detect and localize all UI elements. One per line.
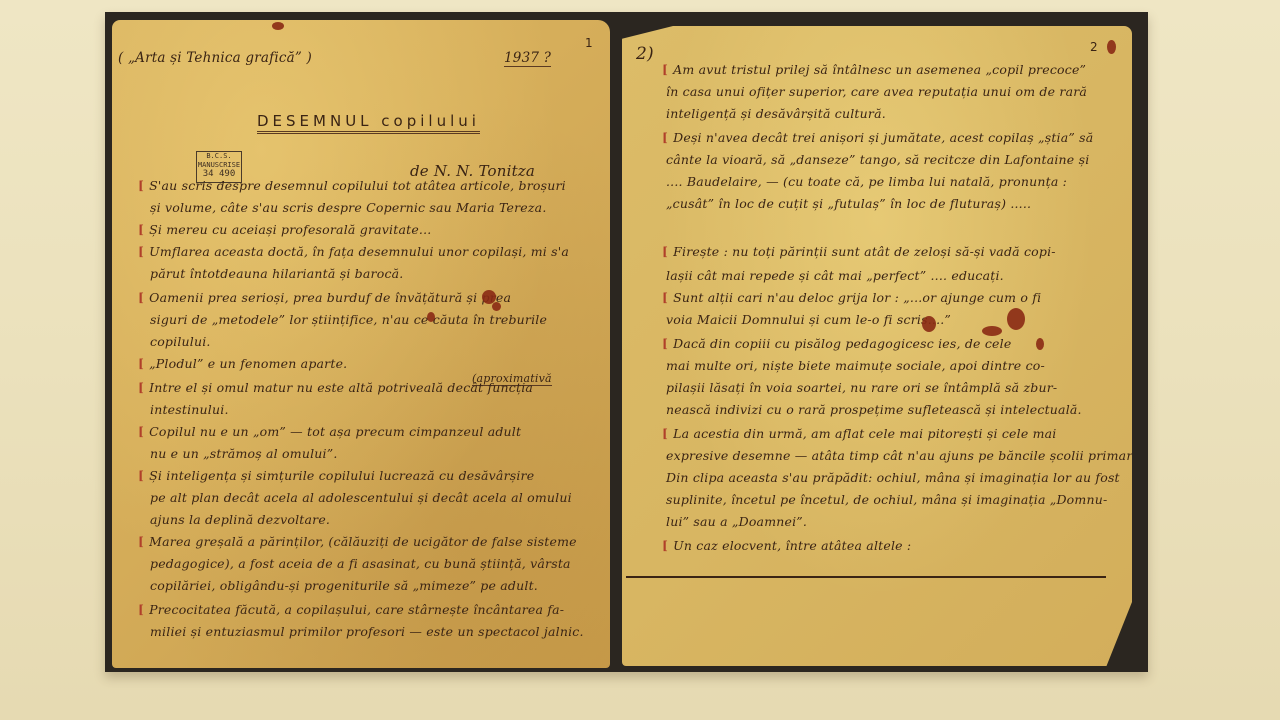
line-text: pedagogice), a fost aceia de a fi asasin… — [150, 556, 571, 571]
line-text: și volume, câte s'au scris despre Copern… — [150, 200, 547, 215]
line-text: La acestia din urmă, am aflat cele mai p… — [673, 426, 1056, 441]
line-text: „cusât” în loc de cuțit și „futulaș” în … — [666, 196, 1031, 211]
line-text: inteligență și desăvârșită cultură. — [666, 106, 886, 121]
section-marker: 2) — [636, 44, 654, 64]
line-text: siguri de „metodele” lor științifice, n'… — [150, 312, 547, 327]
manuscript-line: pilașii lăsați în voia soartei, nu rare … — [666, 380, 1057, 395]
line-text: Sunt alții cari n'au deloc grija lor : „… — [673, 290, 1041, 305]
line-text: miliei și entuziasmul primilor profesori… — [150, 624, 584, 639]
line-text: pilașii lăsați în voia soartei, nu rare … — [666, 380, 1057, 395]
paragraph-bracket-mark: [ — [138, 534, 144, 549]
manuscript-line: mai multe ori, niște biete maimuțe socia… — [666, 358, 1045, 373]
manuscript-line: lașii cât mai repede și cât mai „perfect… — [666, 268, 1004, 283]
manuscript-line: [Firește : nu toți părinții sunt atât de… — [662, 244, 1056, 259]
manuscript-line: și volume, câte s'au scris despre Copern… — [150, 200, 547, 215]
page-number: 1 — [585, 36, 593, 50]
line-text: Un caz elocvent, între atâtea altele : — [673, 538, 911, 553]
line-text: nească indivizi cu o rară prospețime suf… — [666, 402, 1082, 417]
manuscript-title: DESEMNUL copilului — [257, 112, 480, 134]
manuscript-line: în casa unui ofițer superior, care avea … — [666, 84, 1087, 99]
line-text: voia Maicii Domnului și cum le-o fi scri… — [666, 312, 951, 327]
ink-stain — [982, 326, 1002, 336]
ink-stain — [427, 312, 435, 322]
manuscript-line: ajuns la deplină dezvoltare. — [150, 512, 330, 527]
manuscript-line: părut întotdeauna hilariantă și barocă. — [150, 266, 403, 281]
line-text: ajuns la deplină dezvoltare. — [150, 512, 330, 527]
line-text: cânte la vioară, să „danseze” tango, să … — [666, 152, 1089, 167]
line-text: intestinului. — [150, 402, 229, 417]
page-number: 2 — [1090, 40, 1098, 54]
ink-stain — [1036, 338, 1044, 350]
paragraph-bracket-mark: [ — [138, 356, 144, 371]
publication-note: ( „Arta și Tehnica grafică” ) — [118, 50, 312, 66]
line-text: Oamenii prea serioși, prea burduf de înv… — [149, 290, 511, 305]
line-text: Am avut tristul prilej să întâlnesc un a… — [673, 62, 1086, 77]
paragraph-bracket-mark: [ — [662, 336, 668, 351]
line-text: Dacă din copiii cu pisălog pedagogicesc … — [673, 336, 1011, 351]
paragraph-bracket-mark: [ — [138, 244, 144, 259]
line-text: în casa unui ofițer superior, care avea … — [666, 84, 1087, 99]
manuscript-line: pedagogice), a fost aceia de a fi asasin… — [150, 556, 571, 571]
paragraph-bracket-mark: [ — [138, 222, 144, 237]
manuscript-line: copilăriei, obligându-și progeniturile s… — [150, 578, 538, 593]
manuscript-line: [„Plodul” e un fenomen aparte. — [138, 356, 347, 371]
manuscript-line: pe alt plan decât acela al adolescentulu… — [150, 490, 572, 505]
manuscript-line: suplinite, încetul pe încetul, de ochiul… — [666, 492, 1107, 507]
manuscript-line: .... Baudelaire, — (cu toate că, pe limb… — [666, 174, 1067, 189]
line-text: Firește : nu toți părinții sunt atât de … — [673, 244, 1056, 259]
manuscript-line: [S'au scris despre desemnul copilului to… — [138, 178, 566, 193]
paragraph-bracket-mark: [ — [138, 178, 144, 193]
line-text: pe alt plan decât acela al adolescentulu… — [150, 490, 572, 505]
manuscript-page-1: ( „Arta și Tehnica grafică” ) 1937 ? 1 D… — [112, 20, 610, 668]
manuscript-line: [Am avut tristul prilej să întâlnesc un … — [662, 62, 1086, 77]
paragraph-bracket-mark: [ — [138, 468, 144, 483]
line-text: Copilul nu e un „om” — tot așa precum ci… — [149, 424, 521, 439]
manuscript-line: inteligență și desăvârșită cultură. — [666, 106, 886, 121]
line-text: Și mereu cu aceiași profesorală gravitat… — [149, 222, 431, 237]
manuscript-line: Din clipa aceasta s'au prăpădit: ochiul,… — [666, 470, 1120, 485]
stamp-line-1: B.C.S. — [197, 152, 241, 161]
line-text: mai multe ori, niște biete maimuțe socia… — [666, 358, 1045, 373]
manuscript-line: [Deși n'avea decât trei anișori și jumăt… — [662, 130, 1093, 145]
line-text: Intre el și omul matur nu este altă potr… — [149, 380, 533, 395]
paragraph-bracket-mark: [ — [662, 244, 668, 259]
line-text: S'au scris despre desemnul copilului tot… — [149, 178, 566, 193]
manuscript-line: [Marea greșală a părinților, (călăuziți … — [138, 534, 577, 549]
horizontal-rule — [626, 576, 1106, 578]
manuscript-page-2: 2) 2 [Am avut tristul prilej să întâlnes… — [622, 26, 1132, 666]
paragraph-bracket-mark: [ — [662, 426, 668, 441]
manuscript-line: intestinului. — [150, 402, 229, 417]
paragraph-bracket-mark: [ — [662, 130, 668, 145]
line-text: părut întotdeauna hilariantă și barocă. — [150, 266, 403, 281]
paragraph-bracket-mark: [ — [662, 62, 668, 77]
paragraph-bracket-mark: [ — [662, 290, 668, 305]
line-text: Marea greșală a părinților, (călăuziți d… — [149, 534, 577, 549]
manuscript-line: [Copilul nu e un „om” — tot așa precum c… — [138, 424, 521, 439]
manuscript-line: [Sunt alții cari n'au deloc grija lor : … — [662, 290, 1041, 305]
paragraph-bracket-mark: [ — [138, 424, 144, 439]
manuscript-line: lui” sau a „Doamnei”. — [666, 514, 807, 529]
line-text: copilului. — [150, 334, 211, 349]
manuscript-line: [La acestia din urmă, am aflat cele mai … — [662, 426, 1057, 441]
manuscript-line: nu e un „strămoș al omului”. — [150, 446, 338, 461]
line-text: nu e un „strămoș al omului”. — [150, 446, 338, 461]
manuscript-line: [Un caz elocvent, între atâtea altele : — [662, 538, 911, 553]
line-text: lui” sau a „Doamnei”. — [666, 514, 807, 529]
line-text: expresive desemne — atâta timp cât n'au … — [666, 448, 1132, 463]
manuscript-line: copilului. — [150, 334, 211, 349]
ink-stain — [272, 22, 284, 30]
date-note: 1937 ? — [504, 50, 551, 67]
paragraph-bracket-mark: [ — [138, 380, 144, 395]
line-text: „Plodul” e un fenomen aparte. — [149, 356, 347, 371]
line-text: lașii cât mai repede și cât mai „perfect… — [666, 268, 1004, 283]
manuscript-line: [Dacă din copiii cu pisălog pedagogicesc… — [662, 336, 1011, 351]
manuscript-line: [Și inteligența și simțurile copilului l… — [138, 468, 534, 483]
manuscript-line: [Și mereu cu aceiași profesorală gravita… — [138, 222, 431, 237]
ink-stain — [922, 316, 936, 332]
manuscript-line: „cusât” în loc de cuțit și „futulaș” în … — [666, 196, 1031, 211]
line-text: Din clipa aceasta s'au prăpădit: ochiul,… — [666, 470, 1120, 485]
ink-stain — [1007, 308, 1025, 330]
line-text: suplinite, încetul pe încetul, de ochiul… — [666, 492, 1107, 507]
line-text: Deși n'avea decât trei anișori și jumăta… — [673, 130, 1093, 145]
manuscript-line: siguri de „metodele” lor științifice, n'… — [150, 312, 547, 327]
line-text: copilăriei, obligându-și progeniturile s… — [150, 578, 538, 593]
manuscript-line: voia Maicii Domnului și cum le-o fi scri… — [666, 312, 951, 327]
manuscript-line: nească indivizi cu o rară prospețime suf… — [666, 402, 1082, 417]
manuscript-line: cânte la vioară, să „danseze” tango, să … — [666, 152, 1089, 167]
line-text: Și inteligența și simțurile copilului lu… — [149, 468, 534, 483]
paragraph-bracket-mark: [ — [138, 602, 144, 617]
manuscript-line: [Precocitatea făcută, a copilașului, car… — [138, 602, 564, 617]
line-text: Umflarea aceasta doctă, în fața desemnul… — [149, 244, 569, 259]
manuscript-line: [Intre el și omul matur nu este altă pot… — [138, 380, 533, 395]
ink-stain — [1107, 40, 1116, 54]
paragraph-bracket-mark: [ — [662, 538, 668, 553]
manuscript-line: [Oamenii prea serioși, prea burduf de în… — [138, 290, 511, 305]
line-text: .... Baudelaire, — (cu toate că, pe limb… — [666, 174, 1067, 189]
ink-stain — [492, 302, 501, 311]
manuscript-line: expresive desemne — atâta timp cât n'au … — [666, 448, 1132, 463]
manuscript-line: miliei și entuziasmul primilor profesori… — [150, 624, 584, 639]
line-text: Precocitatea făcută, a copilașului, care… — [149, 602, 564, 617]
manuscript-line: [Umflarea aceasta doctă, în fața desemnu… — [138, 244, 569, 259]
paragraph-bracket-mark: [ — [138, 290, 144, 305]
